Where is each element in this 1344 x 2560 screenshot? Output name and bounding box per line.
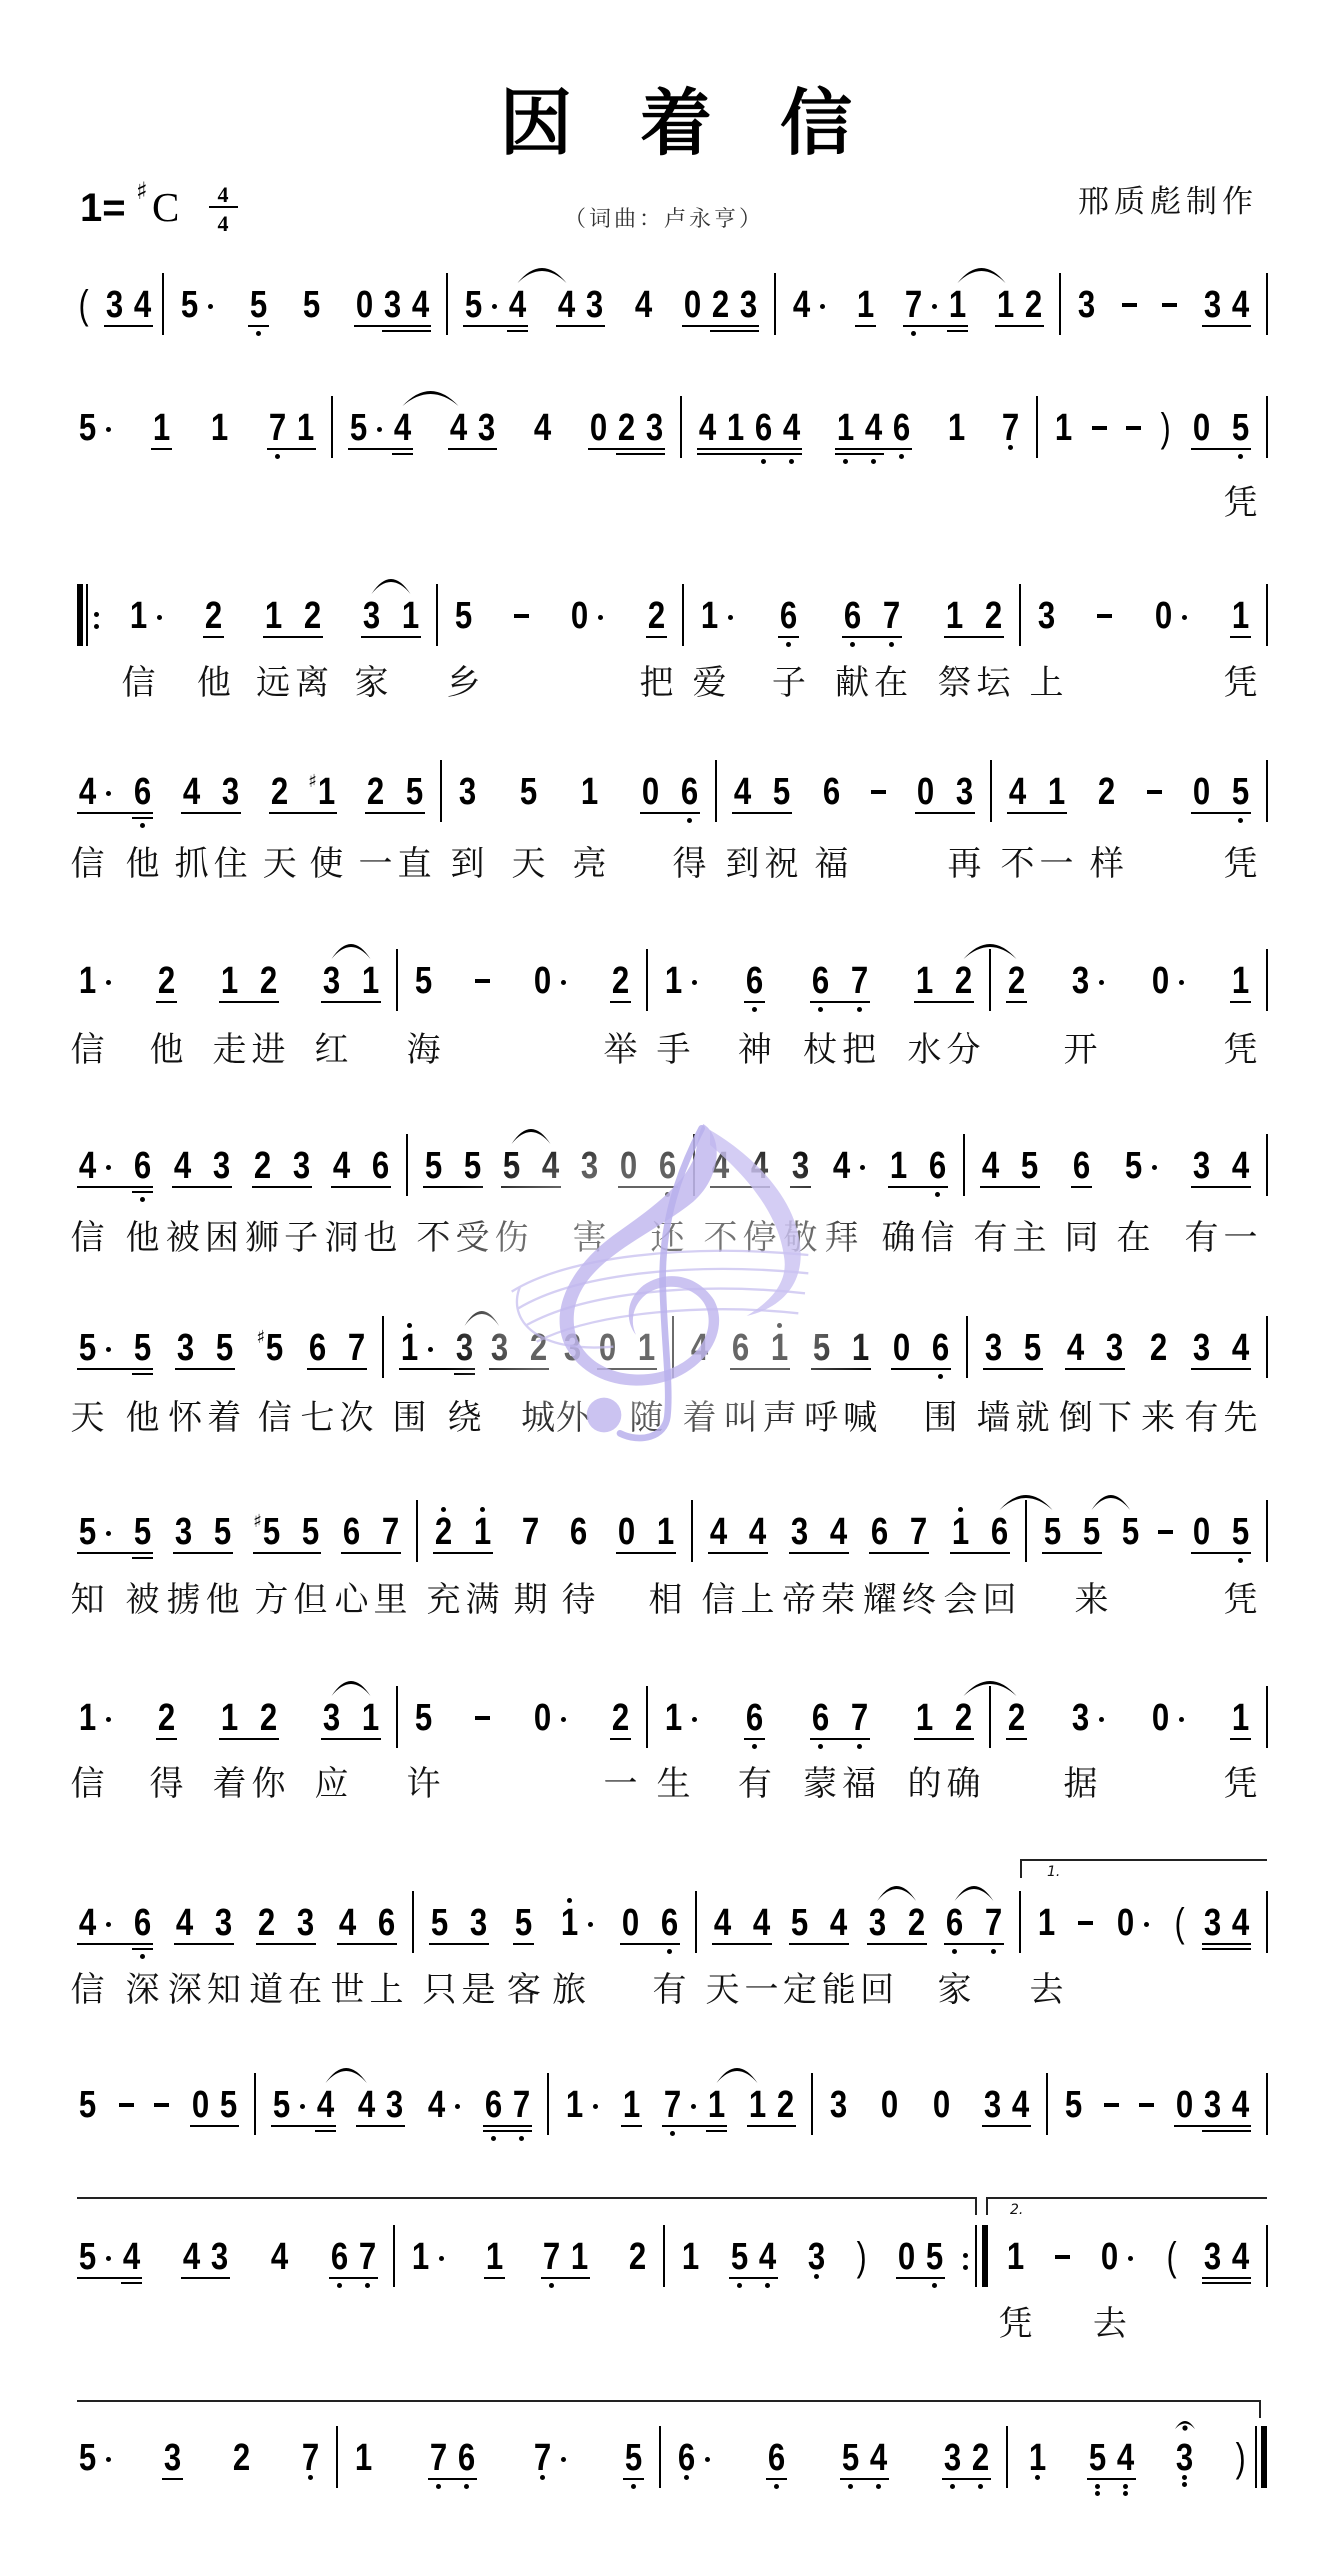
note-head: 5 xyxy=(77,2235,98,2279)
note: 5凭 xyxy=(1230,1510,1251,1554)
lyric-char: 同 xyxy=(1065,1219,1099,1257)
note-digit: 4 xyxy=(1232,1326,1249,1370)
measure: 5034 xyxy=(1047,2083,1267,2127)
lyric-char: 凭 xyxy=(1223,484,1257,522)
beam-group: 3家1 xyxy=(361,594,421,638)
note-digit: 6 xyxy=(378,1901,395,1945)
note: 6他 xyxy=(132,770,153,814)
measure: 555034 xyxy=(163,283,447,327)
note: 1 xyxy=(564,2083,601,2127)
note: 4荣 xyxy=(828,1510,849,1554)
note-digit: 0 xyxy=(1101,2235,1118,2279)
note-head: 1喊 xyxy=(850,1326,871,1370)
beam-group: 5 xyxy=(623,2436,644,2480)
lyric-char: 信 xyxy=(258,1399,292,1437)
note-head: 4 xyxy=(448,406,469,450)
note: 1 xyxy=(946,406,967,450)
beam-group: 4洞6也 xyxy=(331,1144,391,1188)
note-digit: 4 xyxy=(123,2235,140,2279)
note-head: 7 xyxy=(267,406,288,450)
lyric-char: 来 xyxy=(1075,1581,1109,1619)
beam-group: 1确6信 xyxy=(888,1144,948,1188)
lyric-char: 待 xyxy=(562,1581,596,1619)
note: 4 xyxy=(121,2235,142,2279)
lyric-char: 上 xyxy=(1030,664,1064,702)
note-head: 4洞 xyxy=(331,1144,352,1188)
note-head: 6有 xyxy=(744,1696,765,1740)
note: 6信 xyxy=(927,1144,948,1188)
note: 0 xyxy=(620,1901,641,1945)
beam-group: 1 xyxy=(706,2083,727,2127)
note: 2确 xyxy=(953,1696,974,1740)
lyric-char: 举 xyxy=(603,1031,637,1069)
measure: 1543)05 xyxy=(664,2235,989,2279)
beam-group: 4164 xyxy=(697,406,802,450)
note-head: 5 xyxy=(77,2083,98,2127)
note-digit: 5 xyxy=(302,1510,319,1554)
note-digit: 0 xyxy=(684,283,701,327)
lyric-char: 能 xyxy=(822,1971,856,2009)
note-digit: 4 xyxy=(691,1326,708,1370)
note-head: 5天 xyxy=(77,1326,98,1370)
low-octave-dot xyxy=(687,818,692,823)
augmentation-dot xyxy=(561,980,566,985)
note-digit: 0 xyxy=(356,283,373,327)
note-head: 7 xyxy=(662,2083,683,2127)
note: 5乡 xyxy=(453,594,474,638)
note-head: 5直 xyxy=(404,770,425,814)
beam-group: 67 xyxy=(483,2083,532,2127)
beam-group: 4倒3下 xyxy=(1065,1326,1125,1370)
note-digit: 3 xyxy=(985,1326,1002,1370)
note-digit: 1 xyxy=(1048,770,1065,814)
note-head: 5呼 xyxy=(811,1326,832,1370)
note-head: 5 xyxy=(218,2083,239,2127)
note-head: 3到 xyxy=(457,770,478,814)
note-head: 3 xyxy=(382,283,403,327)
note-digit: 3 xyxy=(944,2436,961,2480)
note: 4 xyxy=(1230,283,1251,327)
note-head: 5定 xyxy=(789,1901,810,1945)
note-digit: 5 xyxy=(250,283,267,327)
note-head: 7 xyxy=(983,1901,1004,1945)
note-head: 0 xyxy=(931,2083,952,2127)
volta-label: 2. xyxy=(1010,2202,1023,2218)
note-digit: 7 xyxy=(302,2436,319,2480)
note-head: 4 xyxy=(315,2083,336,2127)
note-head: 4 xyxy=(356,2083,377,2127)
note-head: 1祭 xyxy=(944,594,965,638)
lyric-char: 信 xyxy=(71,1765,105,1803)
note: 5定 xyxy=(789,1901,810,1945)
note-digit: 7 xyxy=(534,2436,551,2480)
note: 2 xyxy=(1023,283,1044,327)
low-octave-dot xyxy=(1095,2491,1100,2496)
note-digit: 6 xyxy=(929,1144,946,1188)
note-head: 5他 xyxy=(132,1326,153,1370)
note-head: 3 xyxy=(806,2235,827,2279)
beam-group: 67 xyxy=(329,2235,378,2279)
system: 1信2他1走2进3红15海02举1手6神6杖7把1水2分23开01凭 xyxy=(0,959,1344,1003)
beam-group: 1远2离 xyxy=(263,594,323,638)
note-head: 1 xyxy=(946,406,967,450)
beam-group: 1水2分 xyxy=(914,959,974,1003)
note-digit: 5 xyxy=(625,2436,642,2480)
note: 4有 xyxy=(980,1144,1001,1188)
note-head: 4 xyxy=(1230,1901,1251,1945)
note-head: 5知 xyxy=(77,1510,98,1554)
lyric-char: 子 xyxy=(772,664,806,702)
note: 3据 xyxy=(1070,1696,1107,1740)
lyric-char: 不 xyxy=(1001,845,1035,883)
note: 4不 xyxy=(710,1144,731,1188)
note-digit: 7 xyxy=(905,283,922,327)
note-head: 3 xyxy=(209,2235,230,2279)
beam-group: 1着2你 xyxy=(219,1696,279,1740)
note-digit: 0 xyxy=(590,406,607,450)
lyric-char: 献 xyxy=(835,664,869,702)
beam-group: 34 xyxy=(1202,2235,1251,2279)
note: 5被 xyxy=(132,1510,153,1554)
low-octave-dot xyxy=(935,1192,940,1197)
note: 6也 xyxy=(370,1144,391,1188)
measure: 4着6叫1声5呼1喊06围 xyxy=(673,1326,967,1370)
lyric-char: 他 xyxy=(206,1581,240,1619)
beam-group: 3回2 xyxy=(867,1901,927,1945)
note: 5 xyxy=(1063,2083,1084,2127)
lyric-char: 绕 xyxy=(448,1399,482,1437)
note: 0 xyxy=(588,406,609,450)
lyric-char: 困 xyxy=(205,1219,239,1257)
note: 6献 xyxy=(842,594,863,638)
low-octave-dot xyxy=(275,454,280,459)
note-digit: 6 xyxy=(746,959,763,1003)
note-digit: 4 xyxy=(450,406,467,450)
low-octave-dot xyxy=(631,2484,636,2489)
lyric-char: 去 xyxy=(1093,2305,1127,2343)
measure: 54434023 xyxy=(332,406,681,450)
note-head: 0 xyxy=(618,1144,639,1188)
note-head: 5就 xyxy=(1022,1326,1043,1370)
measure: 4不4停3敬4拜1确6信 xyxy=(694,1144,964,1188)
note-digit: 1 xyxy=(638,1326,655,1370)
note-head: 0 xyxy=(588,406,609,450)
note-digit: 4 xyxy=(865,406,882,450)
note-head: 1 xyxy=(855,283,876,327)
note: 5但 xyxy=(300,1510,321,1554)
note: 3 xyxy=(828,2083,849,2127)
note: 1随 xyxy=(636,1326,657,1370)
note-head: 4到 xyxy=(732,770,753,814)
note-head: 7 xyxy=(541,2235,562,2279)
note: 3 xyxy=(942,2436,963,2480)
note-head: 4信 xyxy=(77,1144,98,1188)
note-digit: 5 xyxy=(813,1326,830,1370)
note: 2道 xyxy=(256,1901,277,1945)
dash-extension xyxy=(119,2103,134,2107)
note-digit: 2 xyxy=(1150,1326,1167,1370)
beam-group: 54 xyxy=(348,406,413,450)
lyric-char: 信 xyxy=(71,1219,105,1257)
lyric-char: 信 xyxy=(122,664,156,702)
beam-group: 6献7在 xyxy=(842,594,902,638)
note-head: 1远 xyxy=(263,594,284,638)
note: 5 xyxy=(1087,2436,1108,2480)
lyric-char: 凭 xyxy=(999,2305,1033,2343)
note: 0 xyxy=(1191,1510,1212,1554)
note-digit: 3 xyxy=(1072,1696,1089,1740)
dash-extension xyxy=(1092,426,1107,430)
note: 5直 xyxy=(404,770,425,814)
note-head: 3在 xyxy=(295,1901,316,1945)
note-digit: 1 xyxy=(401,1326,418,1370)
note-digit: 5 xyxy=(773,770,790,814)
note-head: 3 xyxy=(1202,2235,1223,2279)
lyric-char: 样 xyxy=(1090,845,1124,883)
note-head: 3下 xyxy=(1104,1326,1125,1370)
lyric-char: 应 xyxy=(315,1765,349,1803)
beam-group: 34 xyxy=(982,2083,1031,2127)
note-head: 1 xyxy=(835,406,856,450)
note-digit: 3 xyxy=(564,1326,581,1370)
note-digit: 4 xyxy=(734,770,751,814)
note-head: 7在 xyxy=(881,594,902,638)
note-head: 4 xyxy=(757,2235,778,2279)
note: 4 xyxy=(1230,2083,1251,2127)
note-head: 1 xyxy=(947,283,968,327)
note-head: 6围 xyxy=(930,1326,951,1370)
note-head: 3 xyxy=(104,283,125,327)
note-digit: 3 xyxy=(470,1901,487,1945)
note-digit: 4 xyxy=(793,283,810,327)
lyric-char: 福 xyxy=(815,845,849,883)
note: 2 xyxy=(906,1901,927,1945)
note-digit: 6 xyxy=(812,959,829,1003)
note: 3 xyxy=(1202,2235,1223,2279)
note-head: 0 xyxy=(1191,1510,1212,1554)
augmentation-dot xyxy=(455,2104,460,2109)
note: 6 xyxy=(483,2083,504,2127)
note: 3 xyxy=(384,2083,405,2127)
note-head: 5他 xyxy=(212,1510,233,1554)
note-digit: 3 xyxy=(956,770,973,814)
lyric-char: 上 xyxy=(741,1581,775,1619)
note-digit: 4 xyxy=(333,1144,350,1188)
high-octave-dot xyxy=(441,1507,446,1512)
lyric-char: 的 xyxy=(907,1765,941,1803)
note-head: 3掳 xyxy=(173,1510,194,1554)
lyric-char: 远 xyxy=(256,664,290,702)
note-digit: 0 xyxy=(1193,770,1210,814)
note: 1 xyxy=(400,594,421,638)
system: 4信6他4抓3住2天♯1使2一5直3到5天1亮06得4到5祝6福03再4不1一2… xyxy=(0,770,1344,814)
beam-group: 6蒙7福 xyxy=(810,1696,870,1740)
lyric-char: 先 xyxy=(1223,1399,1257,1437)
lyric-char: 直 xyxy=(398,845,432,883)
note-head: 4上 xyxy=(747,1510,768,1554)
note: 7终 xyxy=(908,1510,929,1554)
note-head: 2 xyxy=(616,406,637,450)
note-digit: 6 xyxy=(812,1696,829,1740)
note-digit: 2 xyxy=(530,1326,547,1370)
note-head: 2道 xyxy=(256,1901,277,1945)
beam-group: 06围 xyxy=(891,1326,951,1370)
note-digit: 7 xyxy=(851,959,868,1003)
note-digit: 5 xyxy=(79,1326,96,1370)
note: 1会 xyxy=(950,1510,971,1554)
note-digit: 1 xyxy=(948,406,965,450)
note-head: 1生 xyxy=(663,1696,684,1740)
low-octave-dot xyxy=(843,459,848,464)
note: 3有 xyxy=(1191,1326,1212,1370)
lyric-char: 旅 xyxy=(552,1971,586,2009)
measure: 1爱6子6献7在1祭2坛 xyxy=(683,594,1020,638)
note-head: 3住 xyxy=(220,770,241,814)
measure: 54434023 xyxy=(447,283,775,327)
beam-group: 6子 xyxy=(778,594,799,638)
note-head: 6 xyxy=(676,2436,697,2480)
dash-extension xyxy=(475,1716,490,1720)
note-digit: 7 xyxy=(522,1510,539,1554)
note: 3 xyxy=(382,283,403,327)
note: 5主 xyxy=(1019,1144,1040,1188)
lyric-char: 害 xyxy=(573,1219,607,1257)
note: 7 xyxy=(357,2235,378,2279)
note: 0 xyxy=(532,1696,569,1740)
note-head: 5祝 xyxy=(771,770,792,814)
note: 0 xyxy=(682,283,703,327)
system: 1信2他1远2离3家15乡02把1爱6子6献7在1祭2坛3上01凭 xyxy=(0,594,1344,638)
note-digit: 5 xyxy=(1232,406,1249,450)
note: 0 xyxy=(891,1326,912,1370)
lyric-char: 信 xyxy=(702,1581,736,1619)
note-head: 4不 xyxy=(710,1144,731,1188)
open-paren: ( xyxy=(1175,1901,1185,1945)
measure: 334 xyxy=(1060,283,1267,327)
note: 0 xyxy=(879,2083,900,2127)
note-head: 3开 xyxy=(1070,959,1091,1003)
note: 7 xyxy=(428,2436,449,2480)
note-head: 4 xyxy=(132,283,153,327)
beam-group: 3掳5他 xyxy=(173,1510,233,1554)
note-head: 6待 xyxy=(568,1510,589,1554)
measure: 417112 xyxy=(775,283,1060,327)
note-head: 4 xyxy=(1230,2235,1251,2279)
beam-group: 4 xyxy=(507,283,528,327)
lyric-char: 心 xyxy=(335,1581,369,1619)
note: 1信 xyxy=(77,959,114,1003)
note-head: 4不 xyxy=(1007,770,1028,814)
note-head: 7 xyxy=(532,2436,553,2480)
note-head: 6杖 xyxy=(810,959,831,1003)
measure: 5443467 xyxy=(255,2083,548,2127)
note-digit: 6 xyxy=(134,1901,151,1945)
note: 1信 xyxy=(77,1696,114,1740)
beam-group: 54 xyxy=(729,2235,778,2279)
note-head: 0 xyxy=(915,770,936,814)
volta-label: 1. xyxy=(1047,1864,1060,1880)
note-head: 0 xyxy=(1115,1901,1136,1945)
note-digit: 0 xyxy=(571,594,588,638)
note-head: 7终 xyxy=(908,1510,929,1554)
lyric-char: 手 xyxy=(657,1031,691,1069)
beam-group: 2充1满 xyxy=(433,1510,493,1554)
note: 4天 xyxy=(712,1901,733,1945)
lyric-char: 方 xyxy=(254,1581,288,1619)
lyric-char: 怀 xyxy=(168,1399,202,1437)
note-digit: 5 xyxy=(303,283,320,327)
note-head: 1 xyxy=(151,406,172,450)
lyric-char: 敬 xyxy=(784,1219,818,1257)
low-octave-dot xyxy=(549,2283,554,2288)
augmentation-dot xyxy=(593,2104,598,2109)
note-head: 3 xyxy=(584,283,605,327)
note-head: 3红 xyxy=(321,959,342,1003)
low-octave-dot xyxy=(684,2475,689,2480)
note-head: 5许 xyxy=(413,1696,434,1740)
beam-group: 4有5主 xyxy=(980,1144,1040,1188)
note-digit: 6 xyxy=(844,594,861,638)
note-head: 5受 xyxy=(462,1144,483,1188)
note-digit: 6 xyxy=(372,1144,389,1188)
note: 4 xyxy=(697,406,718,450)
measure: 4到5祝6福03再 xyxy=(716,770,991,814)
note: 5 xyxy=(77,2235,114,2279)
note: 1 xyxy=(484,2235,505,2279)
note: 6有 xyxy=(659,1901,680,1945)
note-head: 3 xyxy=(384,2083,405,2127)
note-digit: 6 xyxy=(823,770,840,814)
barline-single xyxy=(1266,1686,1268,1748)
note-head: 1 xyxy=(621,2083,642,2127)
note-head: 4 xyxy=(507,283,528,327)
note-head: 5 xyxy=(248,283,269,327)
note-head: 0 xyxy=(682,283,703,327)
note: 2样 xyxy=(1096,770,1117,814)
lyric-char: 坛 xyxy=(976,664,1010,702)
beam-group: 2得 xyxy=(156,1696,177,1740)
note-head: 0 xyxy=(891,1326,912,1370)
barline-repeat-end xyxy=(963,2225,989,2287)
note: 5着 xyxy=(214,1326,235,1370)
low-octave-dot xyxy=(464,2484,469,2489)
note-digit: 3 xyxy=(869,1901,886,1945)
lyric-char: 子 xyxy=(284,1219,318,1257)
note: 4信 xyxy=(77,1144,114,1188)
note: 5 xyxy=(924,2235,945,2279)
augmentation-dot xyxy=(561,1717,566,1722)
beam-group: 034 xyxy=(354,283,431,327)
note-head: 6 xyxy=(483,2083,504,2127)
beam-group: 4信6他 xyxy=(77,1144,153,1188)
score: (345550345443402341711233451171544340234… xyxy=(0,0,1344,2560)
note-head: 0 xyxy=(640,770,661,814)
note-digit: 0 xyxy=(1193,1510,1210,1554)
beam-group: 05凭 xyxy=(1191,770,1251,814)
beam-group: 34 xyxy=(1202,1901,1251,1945)
beam-group: 43 xyxy=(181,2235,230,2279)
note: 5知 xyxy=(77,1510,114,1554)
note: 5 xyxy=(463,283,500,327)
note-head: 0 xyxy=(1150,959,1171,1003)
note-digit: 0 xyxy=(893,1326,910,1370)
note-digit: 3 xyxy=(792,1144,809,1188)
beam-group: 2他 xyxy=(156,959,177,1003)
note-head: 2样 xyxy=(1096,770,1117,814)
note-digit: 1 xyxy=(852,1326,869,1370)
note-head: 3帝 xyxy=(789,1510,810,1554)
note-digit: 2 xyxy=(955,1696,972,1740)
